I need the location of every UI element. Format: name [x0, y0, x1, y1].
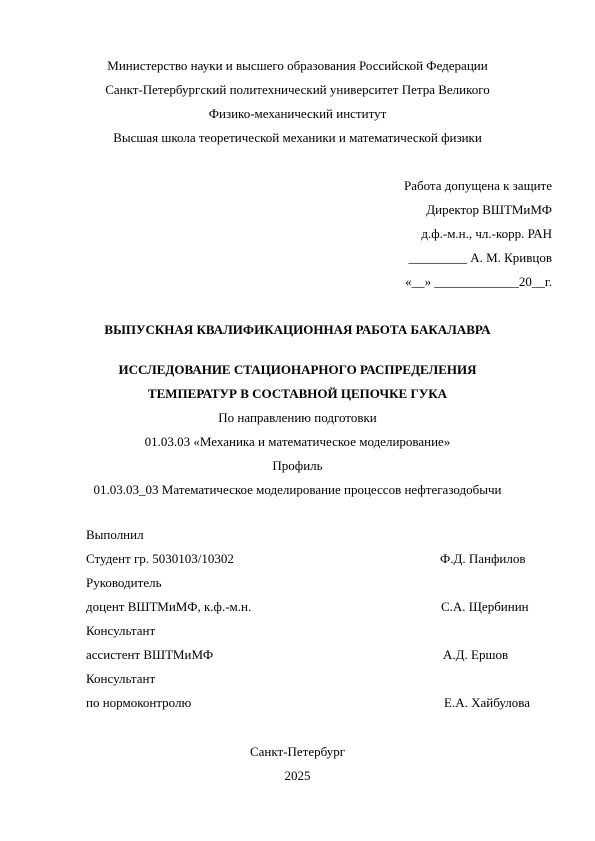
approval-signature: _________ А. М. Кривцов [408, 250, 552, 266]
title-line-2: ТЕМПЕРАТУР В СОСТАВНОЙ ЦЕПОЧКЕ ГУКА [0, 386, 595, 402]
approval-admitted: Работа допущена к защите [404, 178, 552, 194]
university-line: Санкт-Петербургский политехнический унив… [0, 82, 595, 98]
signature-role-author: Выполнил [86, 527, 144, 543]
signature-detail-author: Студент гр. 5030103/10302 [86, 551, 234, 567]
footer-city: Санкт-Петербург [0, 744, 595, 760]
signature-name-normcontrol: Е.А. Хайбулова [444, 695, 530, 711]
signature-role-supervisor: Руководитель [86, 575, 162, 591]
title-line-1: ИССЛЕДОВАНИЕ СТАЦИОНАРНОГО РАСПРЕДЕЛЕНИЯ [0, 362, 595, 378]
ministry-line: Министерство науки и высшего образования… [0, 58, 595, 74]
approval-date: «__» _____________20__г. [405, 274, 552, 290]
footer-year: 2025 [0, 768, 595, 784]
institute-line: Физико-механический институт [0, 106, 595, 122]
signature-role-normcontrol: Консультант [86, 671, 155, 687]
approval-position: Директор ВШТМиМФ [426, 202, 552, 218]
signature-name-author: Ф.Д. Панфилов [440, 551, 526, 567]
approval-degree: д.ф.-м.н., чл.-корр. РАН [421, 226, 552, 242]
signature-name-consultant: А.Д. Ершов [443, 647, 508, 663]
signature-role-consultant: Консультант [86, 623, 155, 639]
profile-value: 01.03.03_03 Математическое моделирование… [0, 482, 595, 498]
work-type: ВЫПУСКНАЯ КВАЛИФИКАЦИОННАЯ РАБОТА БАКАЛА… [0, 322, 595, 338]
signature-detail-supervisor: доцент ВШТМиМФ, к.ф.-м.н. [86, 599, 251, 615]
signature-detail-consultant: ассистент ВШТМиМФ [86, 647, 213, 663]
signature-name-supervisor: С.А. Щербинин [441, 599, 529, 615]
direction-value: 01.03.03 «Механика и математическое моде… [0, 434, 595, 450]
direction-label: По направлению подготовки [0, 410, 595, 426]
signature-detail-normcontrol: по нормоконтролю [86, 695, 191, 711]
school-line: Высшая школа теоретической механики и ма… [0, 130, 595, 146]
profile-label: Профиль [0, 458, 595, 474]
